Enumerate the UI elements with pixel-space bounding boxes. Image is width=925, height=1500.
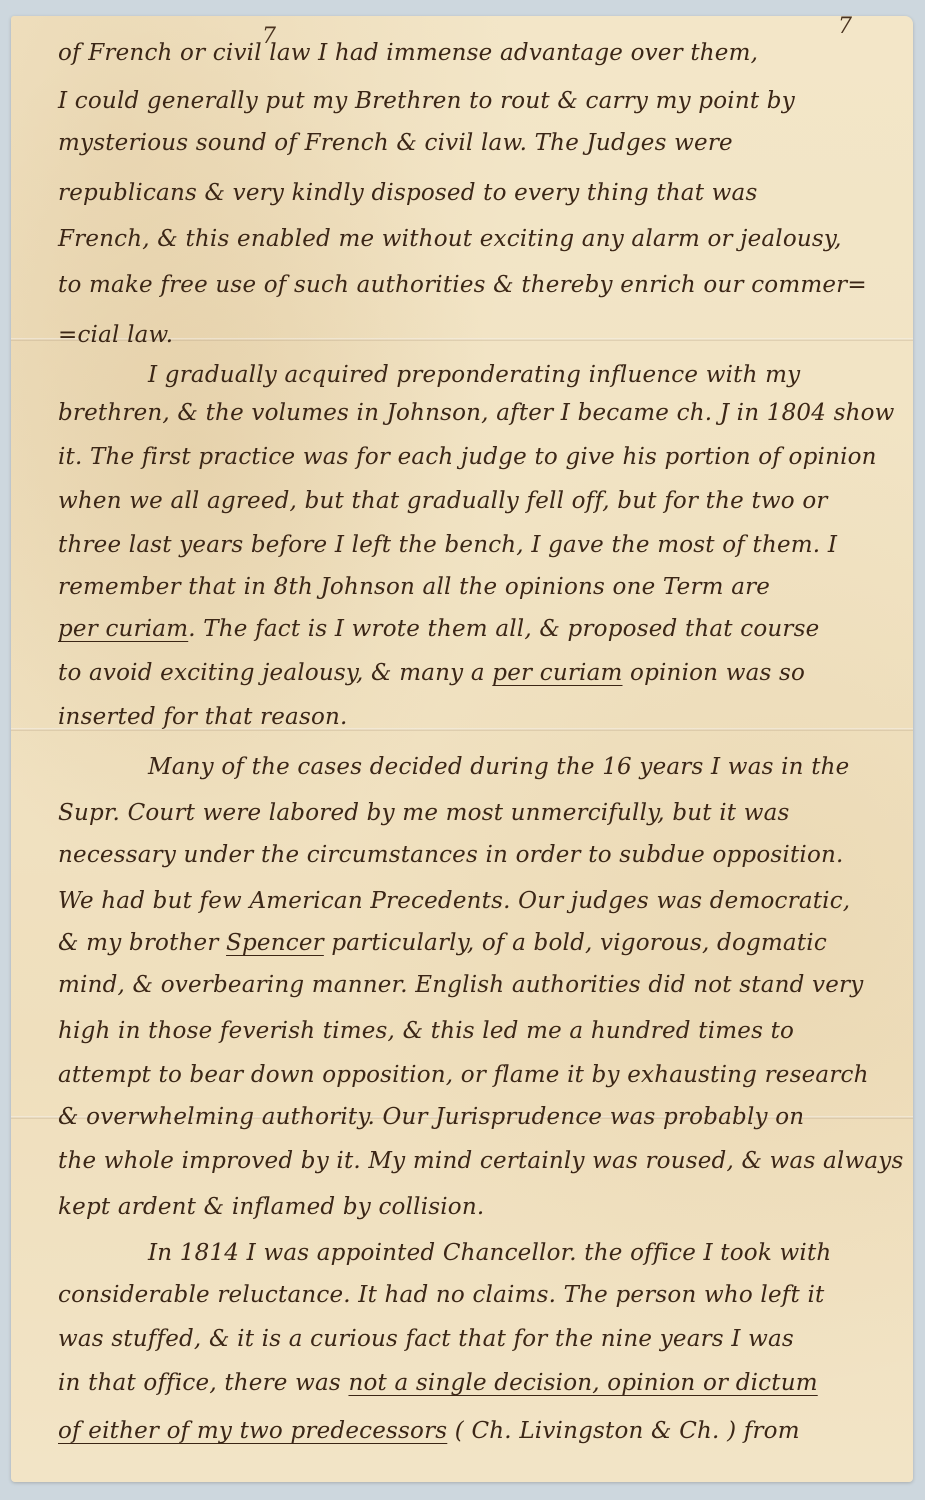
manuscript-line: three last years before I left the bench… [58,532,837,558]
manuscript-line: I gradually acquired preponderating infl… [148,362,800,388]
manuscript-line: in that office, there was not a single d… [58,1370,818,1396]
manuscript-line: republicans & very kindly disposed to ev… [58,180,757,206]
manuscript-line: high in those feverish times, & this led… [58,1018,794,1044]
manuscript-line: mind, & overbearing manner. English auth… [58,972,863,998]
manuscript-line: remember that in 8th Johnson all the opi… [58,574,770,600]
manuscript-line: the whole improved by it. My mind certai… [58,1148,903,1174]
manuscript-line: & my brother Spencer particularly, of a … [58,930,827,956]
manuscript-line: of French or civil law I had immense adv… [58,40,758,66]
manuscript-line: attempt to bear down opposition, or flam… [58,1062,869,1088]
page-number-corner: 7 [838,14,852,39]
manuscript-line: brethren, & the volumes in Johnson, afte… [58,400,895,426]
manuscript-line: Supr. Court were labored by me most unme… [58,800,790,826]
underlined-phrase: Spencer [226,930,324,956]
manuscript-line: =cial law. [58,322,173,348]
manuscript-line: per curiam. The fact is I wrote them all… [58,616,819,642]
manuscript-line: kept ardent & inflamed by collision. [58,1194,484,1220]
underlined-phrase: of either of my two predecessors [58,1418,447,1444]
manuscript-line: & overwhelming authority. Our Jurisprude… [58,1104,804,1130]
manuscript-line: Many of the cases decided during the 16 … [148,754,849,780]
manuscript-line: French, & this enabled me without exciti… [58,226,842,252]
underlined-phrase: per curiam [58,616,188,642]
underlined-phrase: per curiam [492,660,622,686]
manuscript-line: to make free use of such authorities & t… [58,272,867,298]
manuscript-line: necessary under the circumstances in ord… [58,842,844,868]
manuscript-line: to avoid exciting jealousy, & many a per… [58,660,805,686]
manuscript-line: I could generally put my Brethren to rou… [58,88,795,114]
manuscript-line: We had but few American Precedents. Our … [58,888,850,914]
manuscript-line: was stuffed, & it is a curious fact that… [58,1326,794,1352]
underlined-phrase: not a single decision, opinion or dictum [348,1370,817,1396]
manuscript-line: when we all agreed, but that gradually f… [58,488,828,514]
manuscript-line: it. The first practice was for each judg… [58,444,877,470]
manuscript-line: inserted for that reason. [58,704,348,730]
manuscript-line: In 1814 I was appointed Chancellor. the … [148,1240,831,1266]
manuscript-line: mysterious sound of French & civil law. … [58,130,733,156]
manuscript-line: of either of my two predecessors ( Ch. L… [58,1418,800,1444]
manuscript-line: considerable reluctance. It had no claim… [58,1282,824,1308]
